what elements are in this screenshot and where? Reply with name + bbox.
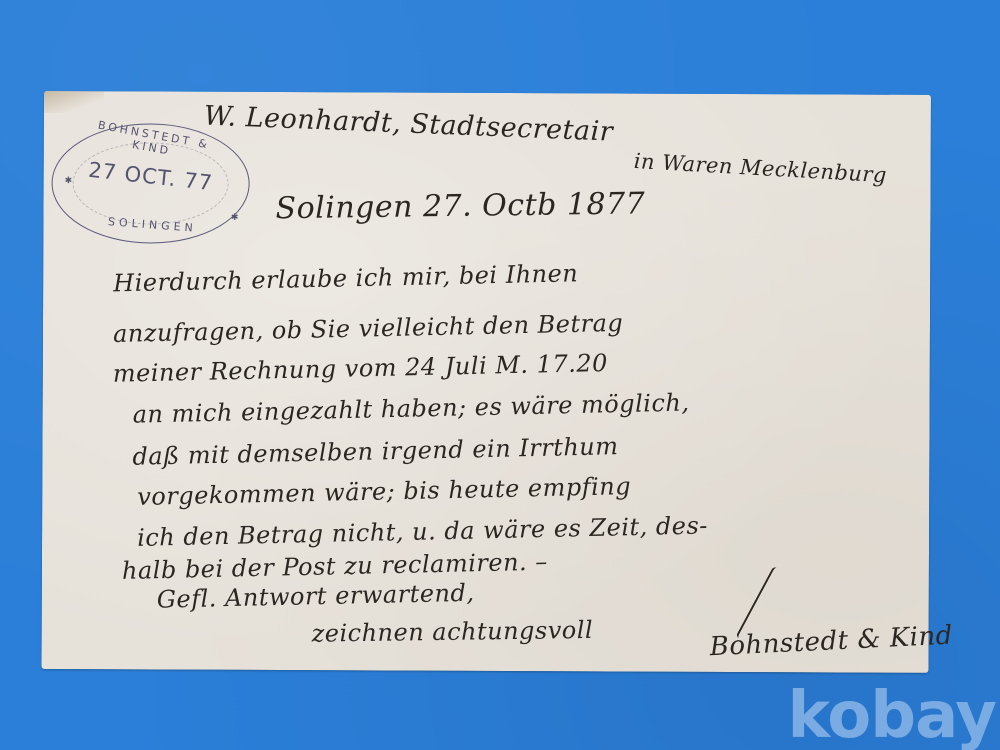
address-line-2: in Waren Mecklenburg — [633, 149, 887, 187]
body-line: vorgekommen wäre; bis heute empfing — [137, 472, 631, 511]
corner-wear — [44, 91, 104, 113]
body-line: Hierdurch erlaube ich mir, bei Ihnen — [113, 259, 579, 297]
place-and-date: Solingen 27. Octb 1877 — [275, 186, 645, 226]
body-line: ich den Betrag nicht, u. da wäre es Zeit… — [137, 511, 708, 551]
body-line: anzufragen, ob Sie vielleicht den Betrag — [113, 309, 624, 348]
postcard: BOHNSTEDT & KIND ✱ 27 OCT. 77 ✱ SOLINGEN… — [41, 91, 931, 673]
kobay-watermark: kobay — [787, 684, 996, 748]
address-line-1: W. Leonhardt, Stadtsecretair — [203, 101, 613, 148]
body-line: daß mit demselben irgend ein Irrthum — [132, 432, 619, 471]
star-icon: ✱ — [65, 176, 73, 186]
star-icon: ✱ — [231, 213, 239, 223]
body-line: an mich eingezahlt haben; es wäre möglic… — [132, 389, 689, 429]
body-line: Gefl. Antwort erwartend, — [157, 579, 475, 614]
closing-line: zeichnen achtungsvoll — [311, 616, 593, 648]
body-line: meiner Rechnung vom 24 Juli M. 17.20 — [113, 349, 609, 388]
body-line: halb bei der Post zu reclamiren. – — [122, 548, 548, 585]
postmark-stamp: BOHNSTEDT & KIND ✱ 27 OCT. 77 ✱ SOLINGEN — [51, 123, 250, 244]
